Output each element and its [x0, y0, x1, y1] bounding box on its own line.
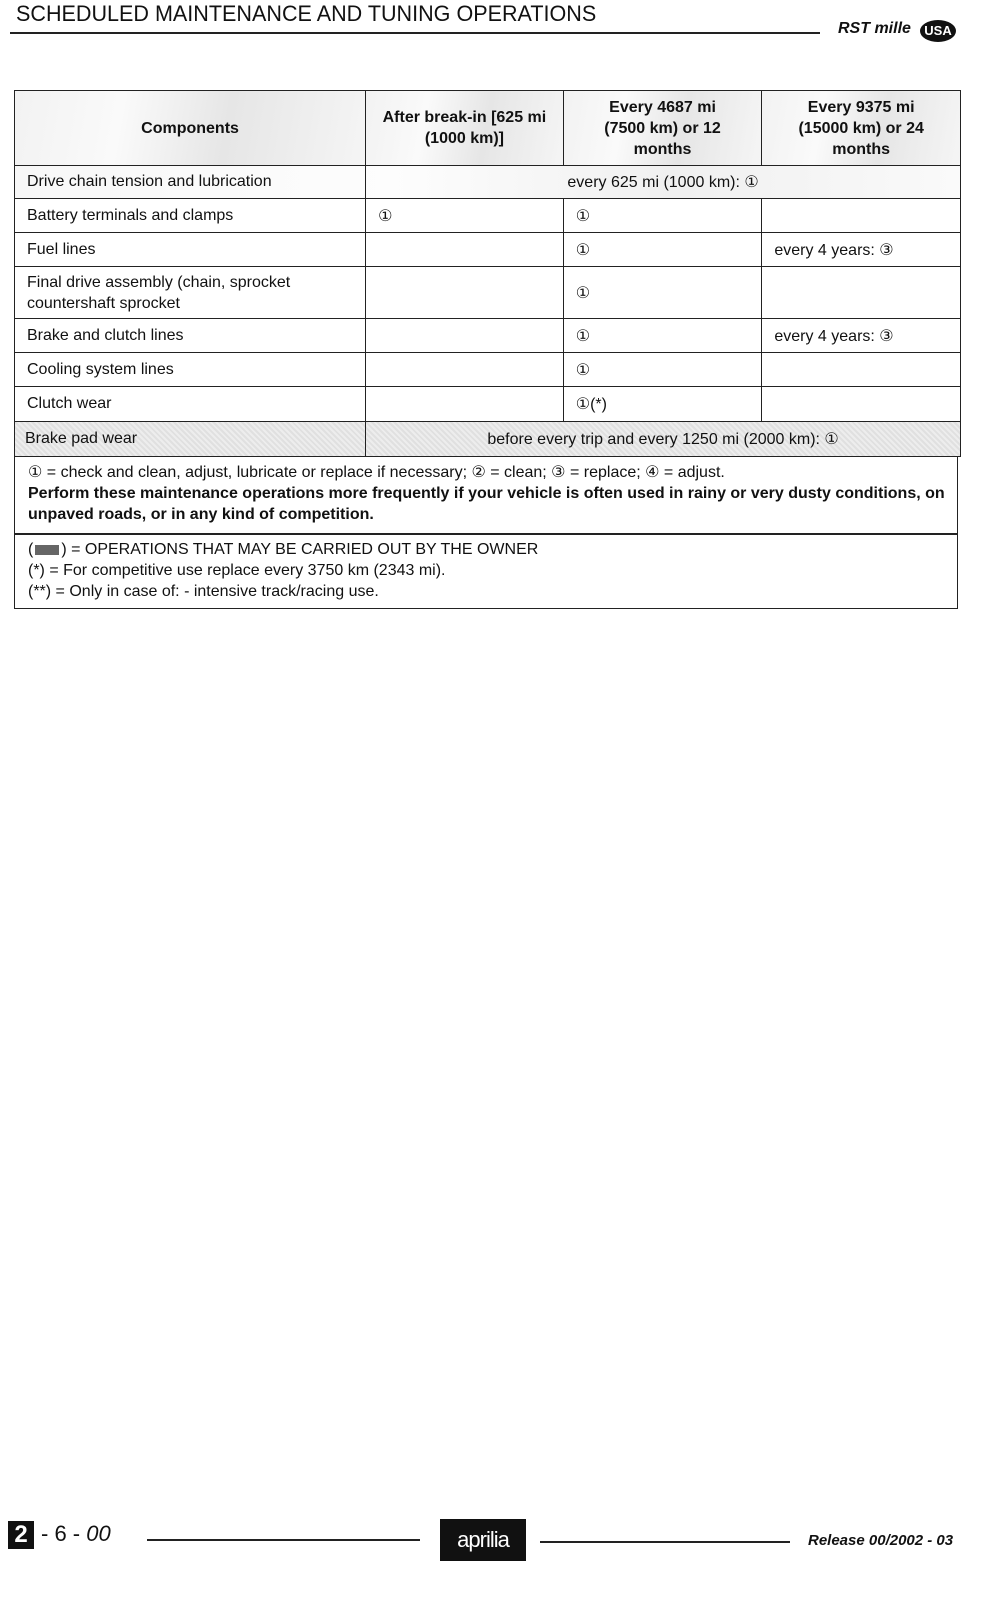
every-4687-cell: ①(*)	[563, 387, 762, 422]
break-in-cell	[366, 233, 564, 267]
table-row: Clutch wear ①(*)	[15, 387, 961, 422]
table-row: Battery terminals and clamps ① ①	[15, 199, 961, 233]
every-4687-cell: ①	[563, 199, 762, 233]
break-in-cell	[366, 267, 564, 319]
footer-rule-left	[147, 1539, 420, 1541]
notes-box: ① = check and clean, adjust, lubricate o…	[14, 456, 958, 534]
every-4687-cell: ①	[563, 353, 762, 387]
header-rule	[10, 32, 820, 34]
table-row: Brake pad wear before every trip and eve…	[15, 422, 961, 457]
every-4687-cell: ①	[563, 319, 762, 353]
every-4687-cell: ①	[563, 233, 762, 267]
brand-logo: aprilia	[440, 1519, 526, 1561]
every-9375-cell	[762, 267, 961, 319]
break-in-cell	[366, 353, 564, 387]
footnote-double-star: (**) = Only in case of: - intensive trac…	[28, 581, 957, 602]
owner-ops-text: ) = OPERATIONS THAT MAY BE CARRIED OUT B…	[61, 541, 538, 558]
interval-span-cell: before every trip and every 1250 mi (200…	[366, 422, 961, 457]
column-header-9375: Every 9375 mi (15000 km) or 24 months	[762, 91, 961, 166]
page-suffix: 00	[86, 1521, 110, 1546]
break-in-cell: ①	[366, 199, 564, 233]
column-header-break-in: After break-in [625 mi (1000 km)]	[366, 91, 564, 166]
component-cell: Battery terminals and clamps	[15, 199, 366, 233]
every-4687-cell: ①	[563, 267, 762, 319]
every-9375-cell: every 4 years: ③	[762, 319, 961, 353]
interval-span-cell: every 625 mi (1000 km): ①	[366, 166, 961, 199]
every-9375-cell	[762, 387, 961, 422]
component-cell: Brake pad wear	[15, 422, 366, 457]
table-row: Final drive assembly (chain, sprocket co…	[15, 267, 961, 319]
owner-operations-note: () = OPERATIONS THAT MAY BE CARRIED OUT …	[28, 539, 957, 560]
table-row: Drive chain tension and lubrication ever…	[15, 166, 961, 199]
footer-rule-right	[540, 1541, 790, 1543]
region-badge: USA	[920, 20, 956, 42]
break-in-cell	[366, 387, 564, 422]
symbol-legend: ① = check and clean, adjust, lubricate o…	[28, 462, 957, 483]
table-row: Fuel lines ① every 4 years: ③	[15, 233, 961, 267]
break-in-cell	[366, 319, 564, 353]
column-header-components: Components	[15, 91, 366, 166]
page-number-text: - 6 -	[41, 1521, 80, 1546]
chapter-number: 2	[8, 1521, 34, 1549]
column-header-4687: Every 4687 mi (7500 km) or 12 months	[563, 91, 762, 166]
component-cell: Final drive assembly (chain, sprocket co…	[15, 267, 366, 319]
maintenance-table: Components After break-in [625 mi (1000 …	[14, 90, 961, 457]
table-row: Brake and clutch lines ① every 4 years: …	[15, 319, 961, 353]
footnote-star: (*) = For competitive use replace every …	[28, 560, 957, 581]
maintenance-warning: Perform these maintenance operations mor…	[28, 483, 957, 525]
every-9375-cell	[762, 353, 961, 387]
every-9375-cell	[762, 199, 961, 233]
component-cell: Fuel lines	[15, 233, 366, 267]
model-name: RST mille	[838, 20, 911, 38]
table-row: Cooling system lines ①	[15, 353, 961, 387]
component-cell: Clutch wear	[15, 387, 366, 422]
owner-notes-box: () = OPERATIONS THAT MAY BE CARRIED OUT …	[14, 534, 958, 609]
component-cell: Brake and clutch lines	[15, 319, 366, 353]
shaded-swatch-icon	[35, 545, 59, 555]
component-cell: Drive chain tension and lubrication	[15, 166, 366, 199]
page-title: SCHEDULED MAINTENANCE AND TUNING OPERATI…	[16, 1, 596, 27]
owner-ops-prefix: (	[28, 541, 33, 558]
component-cell: Cooling system lines	[15, 353, 366, 387]
page-number: - 6 - 00	[41, 1521, 111, 1547]
release-label: Release 00/2002 - 03	[808, 1532, 953, 1549]
every-9375-cell: every 4 years: ③	[762, 233, 961, 267]
